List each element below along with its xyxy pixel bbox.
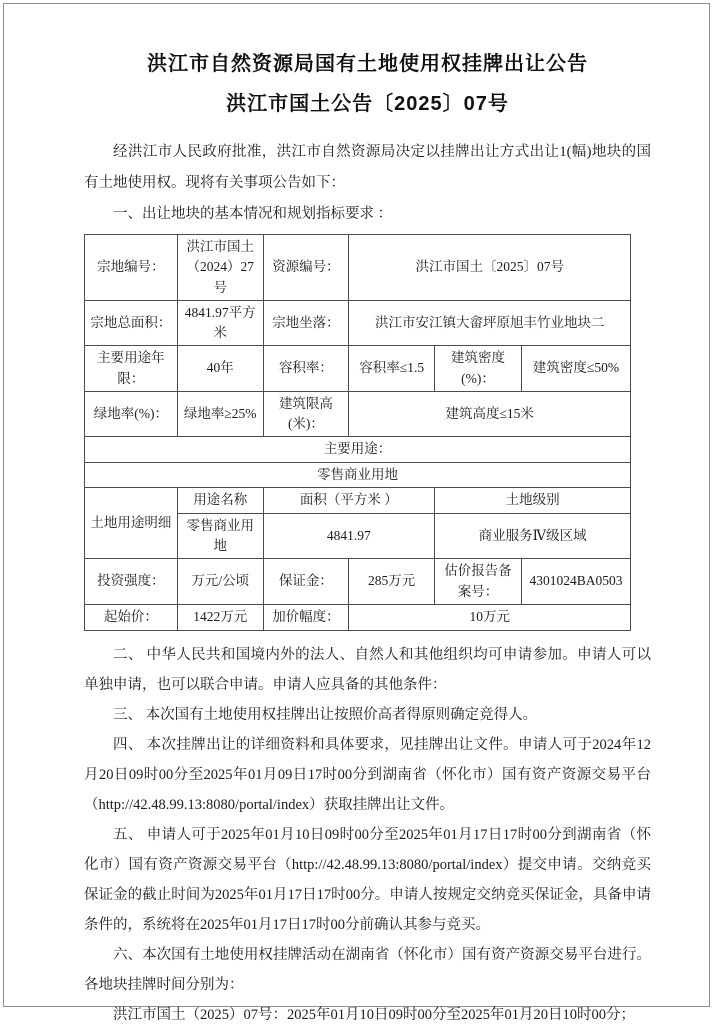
start-price-value: 1422万元 [177,604,263,630]
increment-value: 10万元 [349,604,631,630]
investment-intensity-label: 投资强度： [85,559,178,605]
land-grade-value: 商业服务Ⅳ级区域 [435,513,631,559]
investment-intensity-value: 万元/公顷 [177,559,263,605]
location-label: 宗地坐落： [263,300,349,346]
area-header: 面积（平方米 ） [263,487,434,513]
paragraph-3: 三、 本次国有土地使用权挂牌出让按照价高者得原则确定竞得人。 [84,700,651,730]
location-value: 洪江市安江镇大畲坪原旭丰竹业地块二 [349,300,631,346]
height-limit-label: 建筑限高(米)： [263,391,349,437]
parcel-info-table: 宗地编号： 洪江市国土（2024）27号 资源编号： 洪江市国土〔2025〕07… [84,234,631,631]
table-row-area-location: 宗地总面积： 4841.97平方米 宗地坐落： 洪江市安江镇大畲坪原旭丰竹业地块… [85,300,631,346]
total-area-value: 4841.97平方米 [177,300,263,346]
paragraph-4: 四、 本次挂牌出让的详细资料和具体要求，见挂牌出让文件。申请人可于2024年12… [84,730,651,820]
use-term-label: 主要用途年限： [85,346,178,392]
main-use-label: 主要用途： [85,437,631,462]
green-rate-value: 绿地率≥25% [177,391,263,437]
building-density-label: 建筑密度(%)： [435,346,522,392]
resource-number-value: 洪江市国土〔2025〕07号 [349,235,631,301]
table-row-use-detail-header: 土地用途明细 用途名称 面积（平方米 ） 土地级别 [85,487,631,513]
table-row-start-price: 起始价： 1422万元 加价幅度： 10万元 [85,604,631,630]
table-row-term-far-density: 主要用途年限： 40年 容积率： 容积率≤1.5 建筑密度(%)： 建筑密度≤5… [85,346,631,392]
deposit-label: 保证金： [263,559,349,605]
table-row-main-use-label: 主要用途： [85,437,631,462]
area-value: 4841.97 [263,513,434,559]
table-row-green-height: 绿地率(%)： 绿地率≥25% 建筑限高(米)： 建筑高度≤15米 [85,391,631,437]
page: 洪江市自然资源局国有土地使用权挂牌出让公告 洪江市国土公告〔2025〕07号 经… [3,3,710,1007]
building-density-value: 建筑密度≤50% [521,346,630,392]
body-paragraphs: 二、 中华人民共和国境内外的法人、自然人和其他组织均可申请参加。申请人可以单独申… [84,640,651,1030]
height-limit-value: 建筑高度≤15米 [349,391,631,437]
green-rate-label: 绿地率(%)： [85,391,178,437]
use-name-header: 用途名称 [177,487,263,513]
page-title: 洪江市自然资源局国有土地使用权挂牌出让公告 [84,48,651,80]
land-grade-header: 土地级别 [435,487,631,513]
paragraph-5: 五、 申请人可于2025年01月10日09时00分至2025年01月17日17时… [84,820,651,940]
paragraph-2: 二、 中华人民共和国境内外的法人、自然人和其他组织均可申请参加。申请人可以单独申… [84,640,651,700]
document-page: { "header": { "title": "洪江市自然资源局国有土地使用权挂… [0,3,713,1013]
doc-number: 洪江市国土公告〔2025〕07号 [84,88,651,120]
resource-number-label: 资源编号： [263,235,349,301]
far-value: 容积率≤1.5 [349,346,435,392]
intro-paragraph: 经洪江市人民政府批准，洪江市自然资源局决定以挂牌出让方式出让1(幅)地块的国有土… [84,137,651,199]
far-label: 容积率： [263,346,349,392]
appraisal-report-label: 估价报告备案号： [435,559,522,605]
table-row-main-use-value: 零售商业用地 [85,462,631,487]
increment-label: 加价幅度： [263,604,349,630]
use-term-value: 40年 [177,346,263,392]
appraisal-report-value: 4301024BA0503 [521,559,630,605]
use-detail-label: 土地用途明细 [85,487,178,559]
table-row-deposit: 投资强度： 万元/公顷 保证金： 285万元 估价报告备案号： 4301024B… [85,559,631,605]
total-area-label: 宗地总面积： [85,300,178,346]
section-1-heading: 一、出让地块的基本情况和规划指标要求 ： [84,199,651,230]
table-row-parcel-number: 宗地编号： 洪江市国土（2024）27号 资源编号： 洪江市国土〔2025〕07… [85,235,631,301]
paragraph-6: 六、本次国有土地使用权挂牌活动在湖南省（怀化市）国有资产资源交易平台进行。各地块… [84,940,651,1000]
deposit-value: 285万元 [349,559,435,605]
listing-time-line: 洪江市国土（2025）07号：2025年01月10日09时00分至2025年01… [84,1000,651,1030]
start-price-label: 起始价： [85,604,178,630]
parcel-number-label: 宗地编号： [85,235,178,301]
use-name-value: 零售商业用地 [177,513,263,559]
main-use-value: 零售商业用地 [85,462,631,487]
parcel-number-value: 洪江市国土（2024）27号 [177,235,263,301]
